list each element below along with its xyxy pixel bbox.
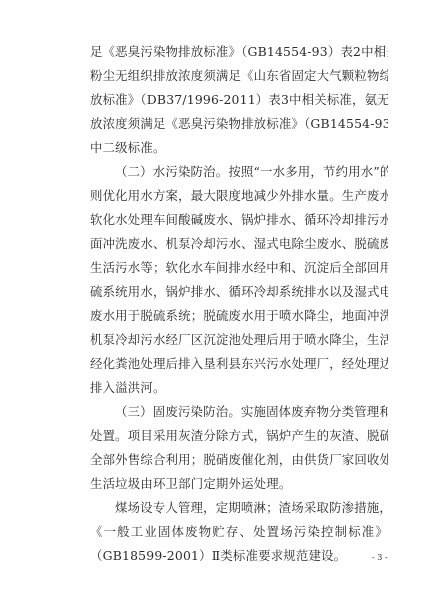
text-line: 废水用于脱硫系统；脱硫废水用于喷水降尘，地面冲洗废水、 bbox=[90, 304, 388, 328]
text-line: 经化粪池处理后排入垦利县东兴污水处理厂，经处理达标后 bbox=[90, 352, 388, 376]
text-line: 放浓度须满足《恶臭污染物排放标准》（GB14554-93）表1 bbox=[90, 112, 388, 136]
text-line: 处置。项目采用灰渣分除方式，锅炉产生的灰渣、脱硫石膏 bbox=[90, 424, 388, 448]
text-line: 放标准》（DB37/1996-2011）表3中相关标准，氨无组织排 bbox=[90, 88, 388, 112]
document-page: 足《恶臭污染物排放标准》（GB14554-93）表2中相关要求。 粉尘无组织排放… bbox=[0, 0, 442, 592]
text-line: 生活垃圾由环卫部门定期外运处理。 bbox=[90, 472, 388, 496]
text-line: 《一般工业固体废物贮存、处置场污染控制标准》 bbox=[90, 520, 388, 544]
text-line: （GB18599-2001）Ⅱ类标准要求规范建设。 bbox=[90, 544, 388, 568]
text-line: 中二级标准。 bbox=[90, 136, 388, 160]
text-line: 生活污水等；软化水车间排水经中和、沉淀后全部回用于脱 bbox=[90, 256, 388, 280]
text-line: 软化水处理车间酸碱废水、锅炉排水、循环冷却排污水、地 bbox=[90, 208, 388, 232]
text-line: 硫系统用水，锅炉排水、循环冷却系统排水以及湿式电除尘 bbox=[90, 280, 388, 304]
text-line: 则优化用水方案，最大限度地减少外排水量。生产废水包括 bbox=[90, 184, 388, 208]
text-line: 足《恶臭污染物排放标准》（GB14554-93）表2中相关要求。 bbox=[90, 40, 388, 64]
text-line: 粉尘无组织排放浓度须满足《山东省固定大气颗粒物综合排 bbox=[90, 64, 388, 88]
paragraph-coal-yard: 煤场设专人管理，定期喷淋；渣场采取防渗措施，按照 bbox=[115, 496, 388, 520]
page-number: - 3 - bbox=[372, 553, 388, 562]
section-heading-solid-waste: （三）固废污染防治。实施固体废弃物分类管理和妥善 bbox=[115, 400, 388, 424]
text-line: 全部外售综合利用；脱硝废催化剂，由供货厂家回收处理； bbox=[90, 448, 388, 472]
text-line: 机泵冷却污水经厂区沉淀池处理后用于喷水降尘，生活污水 bbox=[90, 328, 388, 352]
text-line: 面冲洗废水、机泵冷却污水、湿式电除尘废水、脱硫废水及 bbox=[90, 232, 388, 256]
section-heading-water-pollution: （二）水污染防治。按照“一水多用，节约用水”的原 bbox=[115, 160, 388, 184]
text-line: 排入溢洪河。 bbox=[90, 376, 388, 400]
